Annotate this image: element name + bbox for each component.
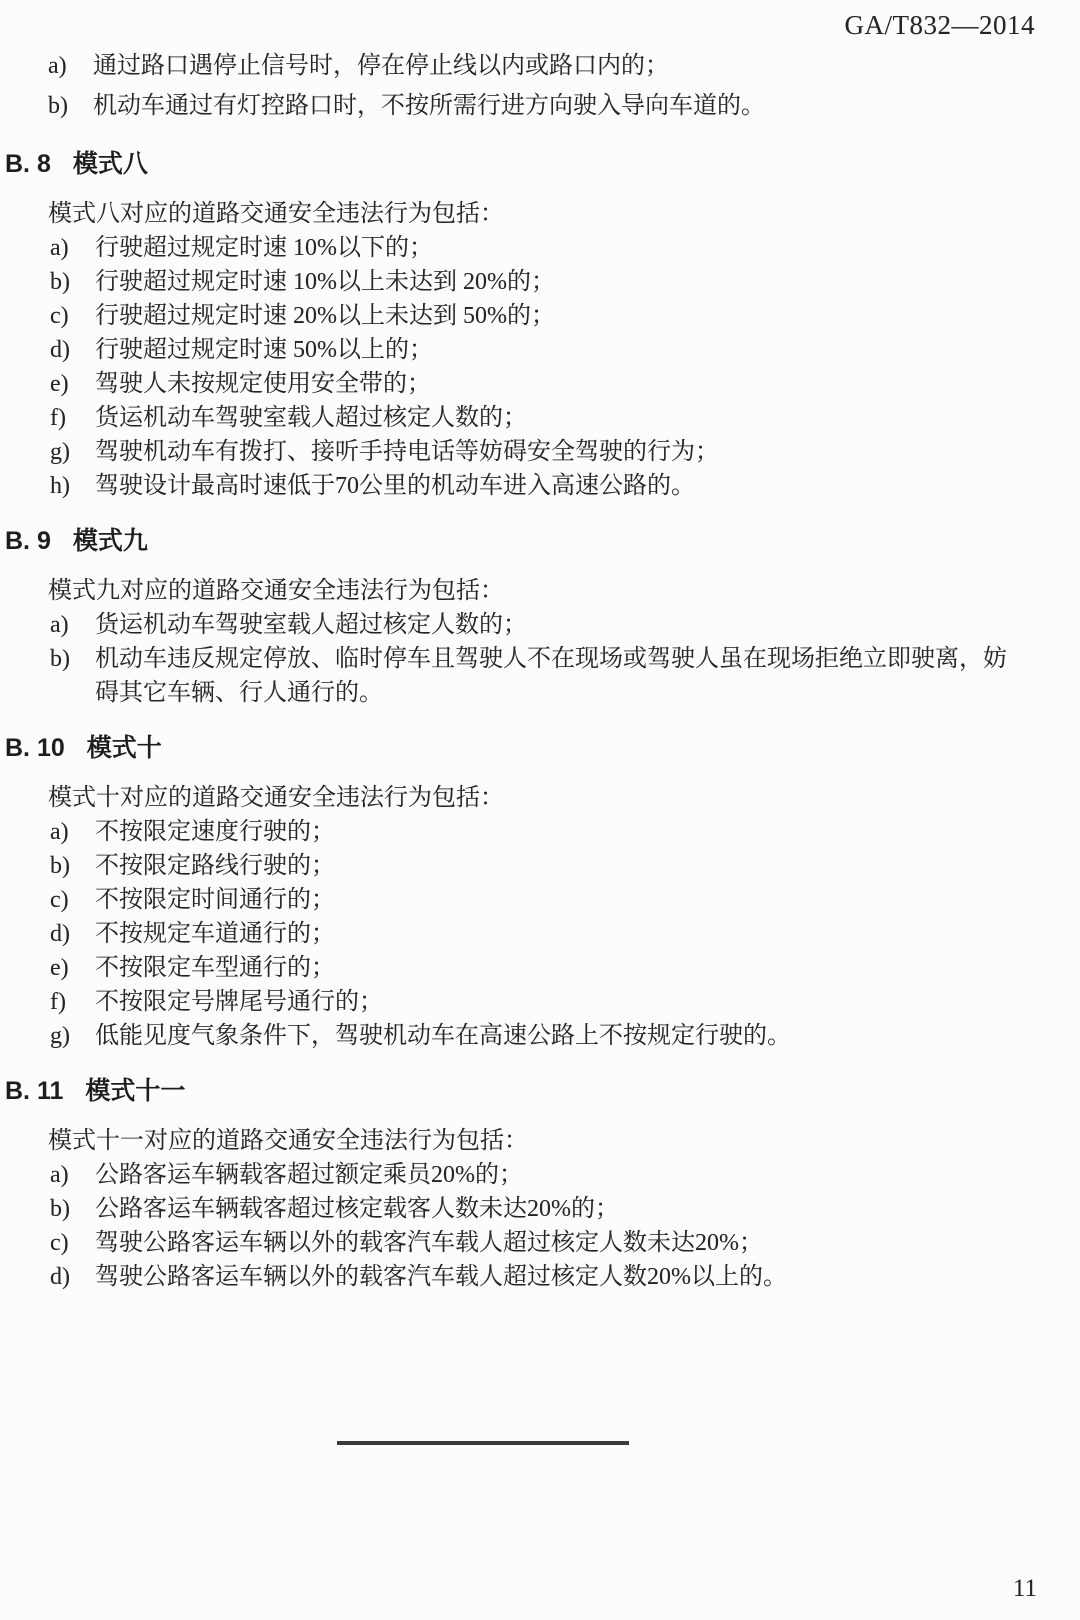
list-item-marker: g) — [50, 1019, 95, 1053]
list-item-text: 驾驶设计最高时速低于70公里的机动车进入高速公路的。 — [95, 469, 695, 503]
list-item: b) 机动车违反规定停放、临时停车且驾驶人不在现场或驾驶人虽在现场拒绝立即驶离，… — [50, 642, 1080, 710]
end-of-document-rule — [337, 1441, 629, 1445]
section-number: B. 9 — [5, 523, 51, 559]
section-items: a) 行驶超过规定时速 10%以下的； b) 行驶超过规定时速 10%以上未达到… — [0, 231, 1080, 503]
list-item: g) 低能见度气象条件下，驾驶机动车在高速公路上不按规定行驶的。 — [50, 1019, 1080, 1053]
list-item-text: 公路客运车辆载客超过额定乘员20%的； — [95, 1158, 523, 1192]
list-item: f) 不按限定号牌尾号通行的； — [50, 985, 1080, 1019]
list-item-marker: e) — [50, 367, 95, 401]
list-item: a) 货运机动车驾驶室载人超过核定人数的； — [50, 608, 1080, 642]
list-item: b) 公路客运车辆载客超过核定载客人数未达20%的； — [50, 1192, 1080, 1226]
list-item-marker: b) — [50, 1192, 95, 1226]
document-page: GA/T832—2014 a) 通过路口遇停止信号时，停在停止线以内或路口内的；… — [0, 0, 1080, 1620]
section-heading: B. 11 模式十一 — [5, 1073, 1080, 1109]
list-item: a) 不按限定速度行驶的； — [50, 815, 1080, 849]
page-number: 11 — [1013, 1574, 1037, 1604]
section-title: 模式十一 — [85, 1073, 185, 1109]
list-item-marker: d) — [50, 917, 95, 951]
list-item: e) 不按限定车型通行的； — [50, 951, 1080, 985]
list-item-marker: c) — [50, 883, 95, 917]
list-item-text: 行驶超过规定时速 10%以上未达到 20%的； — [95, 265, 555, 299]
list-item-text: 驾驶公路客运车辆以外的载客汽车载人超过核定人数未达20%； — [95, 1226, 763, 1260]
section-title: 模式九 — [73, 523, 148, 559]
section-heading: B. 10 模式十 — [5, 730, 1080, 766]
list-item: f) 货运机动车驾驶室载人超过核定人数的； — [50, 401, 1080, 435]
list-item-text: 行驶超过规定时速 10%以下的； — [95, 231, 433, 265]
section-title: 模式八 — [73, 146, 148, 182]
doc-number: GA/T832—2014 — [0, 0, 1080, 40]
section: B. 11 模式十一 模式十一对应的道路交通安全违法行为包括： a) 公路客运车… — [0, 1073, 1080, 1294]
list-item-marker: d) — [50, 1260, 95, 1294]
list-item: b) 不按限定路线行驶的； — [50, 849, 1080, 883]
list-item-text: 低能见度气象条件下，驾驶机动车在高速公路上不按规定行驶的。 — [95, 1019, 791, 1053]
list-item-text: 货运机动车驾驶室载人超过核定人数的； — [95, 608, 527, 642]
section-intro: 模式十对应的道路交通安全违法行为包括： — [48, 781, 1080, 815]
list-item: b) 机动车通过有灯控路口时，不按所需行进方向驶入导向车道的。 — [48, 86, 1080, 126]
list-item: a) 公路客运车辆载客超过额定乘员20%的； — [50, 1158, 1080, 1192]
list-item-text: 通过路口遇停止信号时，停在停止线以内或路口内的； — [93, 46, 669, 86]
list-item: d) 不按规定车道通行的； — [50, 917, 1080, 951]
list-item-marker: f) — [50, 401, 95, 435]
list-item-text: 不按限定车型通行的； — [95, 951, 335, 985]
list-item: d) 驾驶公路客运车辆以外的载客汽车载人超过核定人数20%以上的。 — [50, 1260, 1080, 1294]
list-item-text: 不按限定时间通行的； — [95, 883, 335, 917]
list-item: b) 行驶超过规定时速 10%以上未达到 20%的； — [50, 265, 1080, 299]
list-item-text: 不按规定车道通行的； — [95, 917, 335, 951]
list-item: d) 行驶超过规定时速 50%以上的； — [50, 333, 1080, 367]
list-item-marker: b) — [48, 86, 93, 126]
list-item: h) 驾驶设计最高时速低于70公里的机动车进入高速公路的。 — [50, 469, 1080, 503]
list-item-marker: h) — [50, 469, 95, 503]
list-item: c) 不按限定时间通行的； — [50, 883, 1080, 917]
list-item-text: 机动车通过有灯控路口时，不按所需行进方向驶入导向车道的。 — [93, 86, 765, 126]
list-item: c) 驾驶公路客运车辆以外的载客汽车载人超过核定人数未达20%； — [50, 1226, 1080, 1260]
section-heading: B. 8 模式八 — [5, 146, 1080, 182]
section-items: a) 货运机动车驾驶室载人超过核定人数的； b) 机动车违反规定停放、临时停车且… — [0, 608, 1080, 710]
section: B. 10 模式十 模式十对应的道路交通安全违法行为包括： a) 不按限定速度行… — [0, 730, 1080, 1053]
list-item: e) 驾驶人未按规定使用安全带的； — [50, 367, 1080, 401]
section-intro: 模式十一对应的道路交通安全违法行为包括： — [48, 1124, 1080, 1158]
list-item: a) 行驶超过规定时速 10%以下的； — [50, 231, 1080, 265]
list-item-marker: b) — [50, 642, 95, 710]
leading-list: a) 通过路口遇停止信号时，停在停止线以内或路口内的； b) 机动车通过有灯控路… — [0, 46, 1080, 126]
section-number: B. 11 — [5, 1073, 63, 1109]
section-items: a) 不按限定速度行驶的； b) 不按限定路线行驶的； c) 不按限定时间通行的… — [0, 815, 1080, 1053]
section-items: a) 公路客运车辆载客超过额定乘员20%的； b) 公路客运车辆载客超过核定载客… — [0, 1158, 1080, 1294]
sections-container: B. 8 模式八 模式八对应的道路交通安全违法行为包括： a) 行驶超过规定时速… — [0, 146, 1080, 1294]
list-item-marker: a) — [50, 1158, 95, 1192]
list-item: c) 行驶超过规定时速 20%以上未达到 50%的； — [50, 299, 1080, 333]
list-item-text: 不按限定速度行驶的； — [95, 815, 335, 849]
list-item-marker: d) — [50, 333, 95, 367]
list-item-marker: a) — [50, 608, 95, 642]
list-item-marker: b) — [50, 265, 95, 299]
list-item-marker: c) — [50, 299, 95, 333]
list-item-text: 驾驶公路客运车辆以外的载客汽车载人超过核定人数20%以上的。 — [95, 1260, 787, 1294]
list-item-text: 驾驶人未按规定使用安全带的； — [95, 367, 431, 401]
section-heading: B. 9 模式九 — [5, 523, 1080, 559]
list-item-marker: g) — [50, 435, 95, 469]
section-intro: 模式八对应的道路交通安全违法行为包括： — [48, 197, 1080, 231]
section-number: B. 8 — [5, 146, 51, 182]
section-intro: 模式九对应的道路交通安全违法行为包括： — [48, 574, 1080, 608]
list-item-marker: e) — [50, 951, 95, 985]
list-item-marker: c) — [50, 1226, 95, 1260]
list-item-marker: a) — [50, 815, 95, 849]
list-item-marker: f) — [50, 985, 95, 1019]
list-item-marker: b) — [50, 849, 95, 883]
section-title: 模式十 — [87, 730, 162, 766]
list-item-text: 不按限定号牌尾号通行的； — [95, 985, 383, 1019]
list-item-text: 货运机动车驾驶室载人超过核定人数的； — [95, 401, 527, 435]
list-item-text: 机动车违反规定停放、临时停车且驾驶人不在现场或驾驶人虽在现场拒绝立即驶离，妨碍其… — [95, 642, 1010, 710]
list-item-marker: a) — [50, 231, 95, 265]
section: B. 9 模式九 模式九对应的道路交通安全违法行为包括： a) 货运机动车驾驶室… — [0, 523, 1080, 710]
list-item-text: 不按限定路线行驶的； — [95, 849, 335, 883]
section-number: B. 10 — [5, 730, 65, 766]
list-item-text: 驾驶机动车有拨打、接听手持电话等妨碍安全驾驶的行为； — [95, 435, 719, 469]
list-item-text: 公路客运车辆载客超过核定载客人数未达20%的； — [95, 1192, 619, 1226]
list-item: a) 通过路口遇停止信号时，停在停止线以内或路口内的； — [48, 46, 1080, 86]
list-item: g) 驾驶机动车有拨打、接听手持电话等妨碍安全驾驶的行为； — [50, 435, 1080, 469]
section: B. 8 模式八 模式八对应的道路交通安全违法行为包括： a) 行驶超过规定时速… — [0, 146, 1080, 503]
list-item-text: 行驶超过规定时速 20%以上未达到 50%的； — [95, 299, 555, 333]
list-item-marker: a) — [48, 46, 93, 86]
list-item-text: 行驶超过规定时速 50%以上的； — [95, 333, 433, 367]
